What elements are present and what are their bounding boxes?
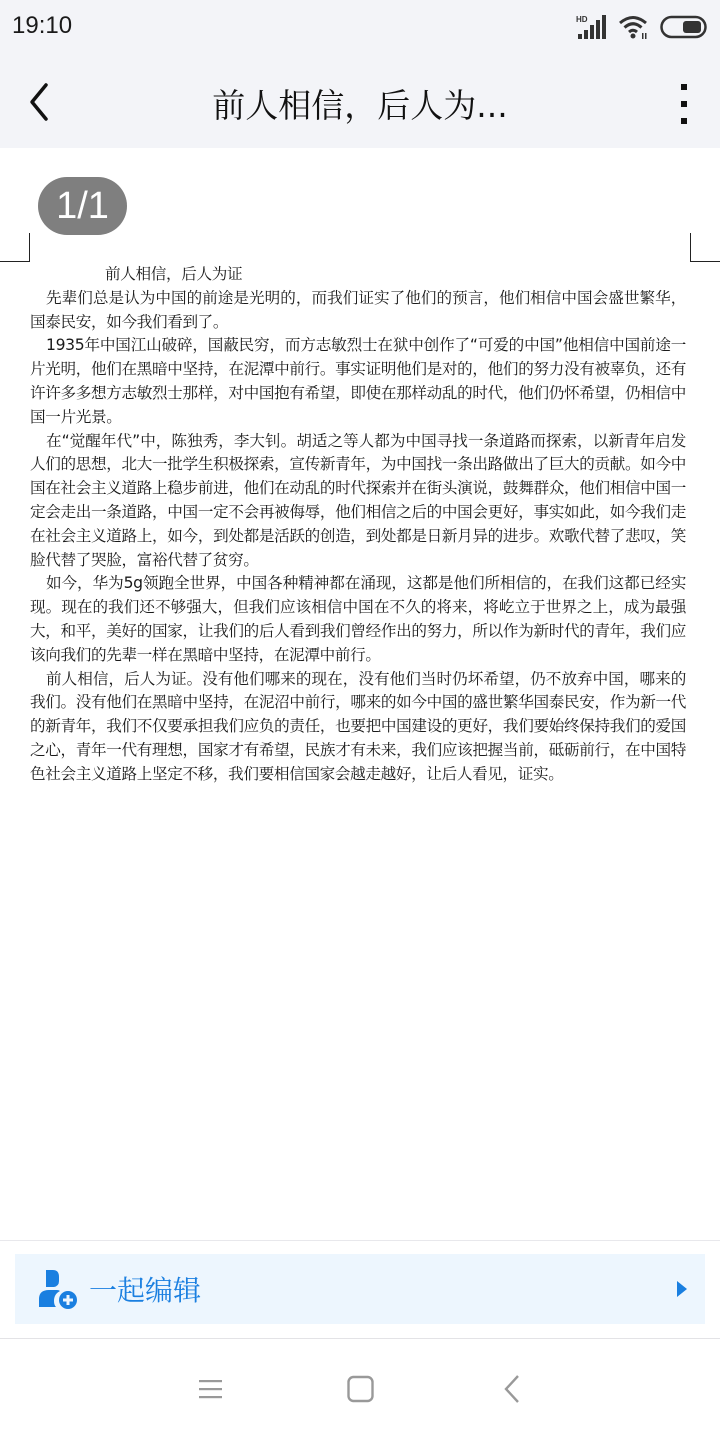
paragraph: 先辈们总是认为中国的前途是光明的，而我们证实了他们的预言，他们相信中国会盛世繁华… <box>30 287 686 335</box>
battery-icon <box>660 15 708 43</box>
status-time: 19:10 <box>12 12 72 40</box>
document-viewer[interactable]: 1/1 前人相信，后人为证 先辈们总是认为中国的前途是光明的，而我们证实了他们的… <box>0 148 720 1240</box>
title-bar: 前人相信，后人为... <box>0 56 720 148</box>
more-dot <box>681 118 687 124</box>
paragraph: 在“觉醒年代”中，陈独秀，李大钊。胡适之等人都为中国寻找一条道路而探索，以新青年… <box>30 430 686 573</box>
page-corner-marker-right <box>690 233 720 262</box>
more-options-button[interactable] <box>676 84 692 124</box>
document-body: 前人相信，后人为证 先辈们总是认为中国的前途是光明的，而我们证实了他们的预言，他… <box>30 263 686 787</box>
back-icon <box>492 1371 532 1407</box>
more-vertical-icon <box>681 84 687 90</box>
paragraph: 前人相信，后人为证。没有他们哪来的现在，没有他们当时仍坏希望，仍不放弃中国，哪来… <box>30 668 686 787</box>
more-dot <box>681 101 687 107</box>
status-icons: HD <box>576 14 708 44</box>
add-user-icon <box>37 1268 79 1310</box>
page-title: 前人相信，后人为... <box>110 80 610 127</box>
divider <box>0 1240 720 1241</box>
home-icon <box>340 1371 380 1407</box>
home-button[interactable] <box>340 1371 380 1407</box>
page-indicator: 1/1 <box>38 177 127 235</box>
back-button[interactable] <box>22 80 62 124</box>
recent-apps-button[interactable] <box>190 1371 230 1407</box>
hd-signal-icon: HD <box>576 14 608 44</box>
menu-icon <box>190 1371 230 1407</box>
wifi-icon <box>618 14 650 44</box>
system-back-button[interactable] <box>492 1371 532 1407</box>
co-edit-button[interactable]: 一起编辑 <box>15 1254 705 1324</box>
system-nav-bar <box>0 1339 720 1440</box>
status-bar: 19:10 HD <box>0 0 720 56</box>
svg-text:HD: HD <box>576 15 588 24</box>
page-corner-marker-left <box>0 233 30 262</box>
triangle-right-icon <box>677 1281 687 1297</box>
paragraph: 如今，华为5g领跑全世界，中国各种精神都在涌现，这都是他们所相信的，在我们这都已… <box>30 572 686 667</box>
co-edit-label: 一起编辑 <box>89 1269 201 1309</box>
document-heading: 前人相信，后人为证 <box>30 263 686 287</box>
paragraph: 1935年中国江山破碎，国蔽民穷，而方志敏烈士在狱中创作了“可爱的中国”他相信中… <box>30 334 686 429</box>
chevron-left-icon <box>22 80 62 124</box>
